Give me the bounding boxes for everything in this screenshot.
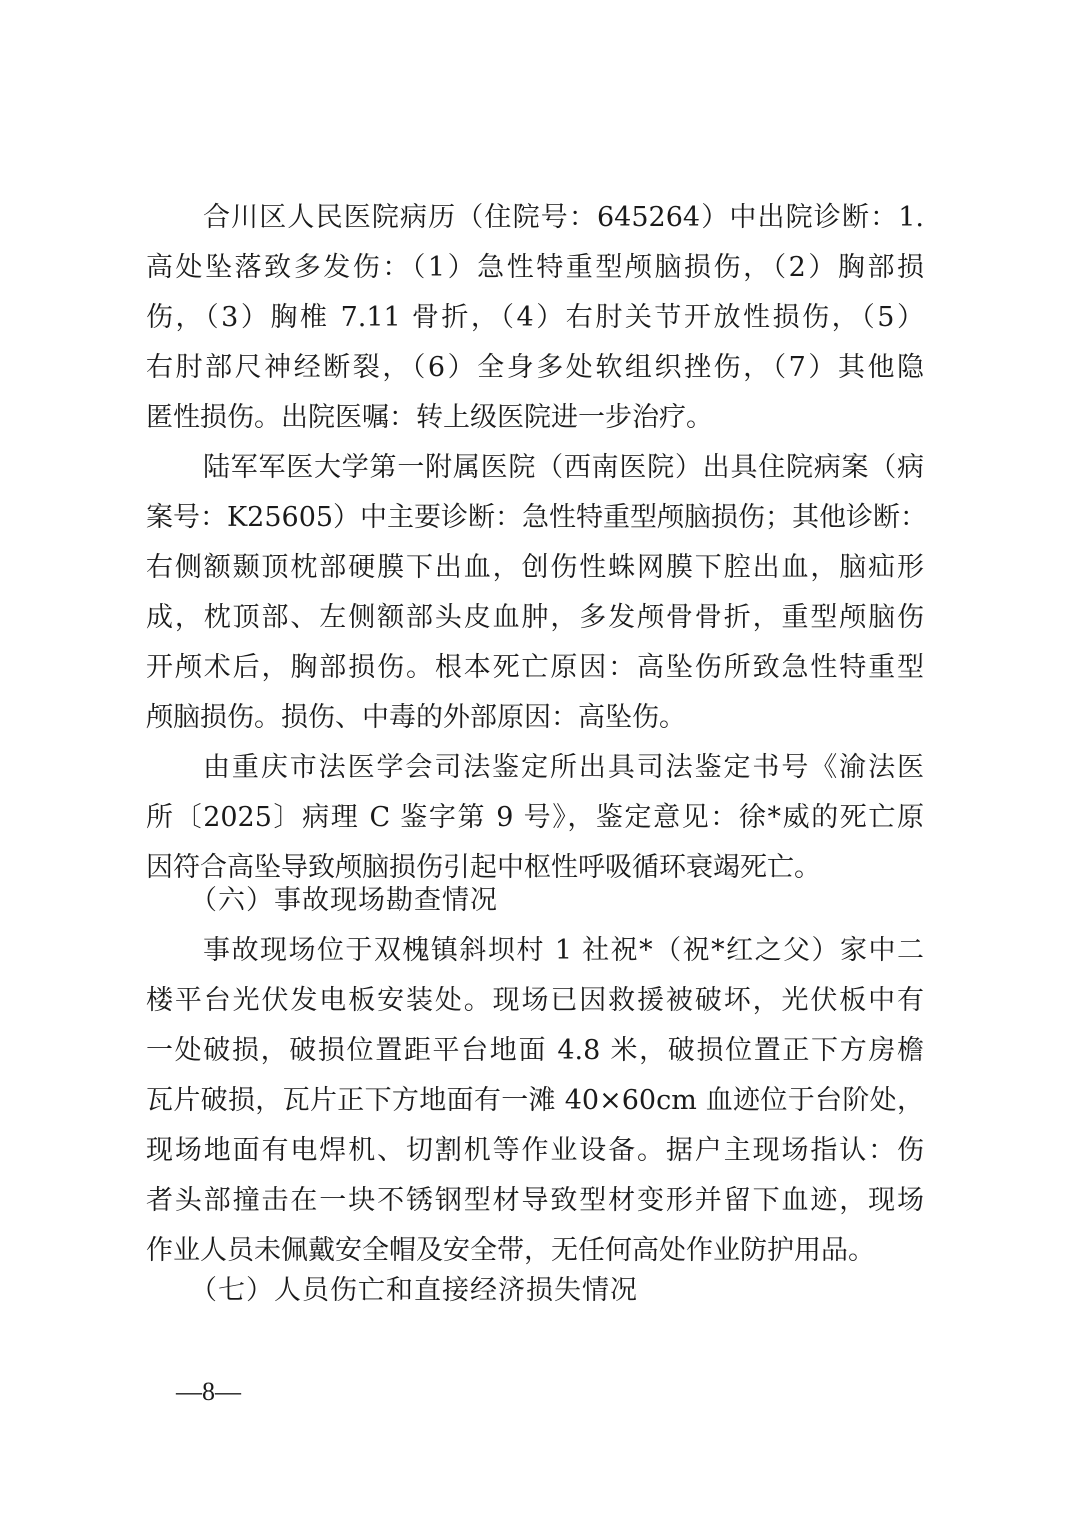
document-page: 合川区人民医院病历（住院号：645264）中出院诊断：1. 高处坠落致多发伤：（… xyxy=(0,0,1074,1520)
text-line: 现场地面有电焊机、切割机等作业设备。据户主现场指认：伤 xyxy=(146,1126,924,1176)
text-line: 事故现场位于双槐镇斜坝村 1 社祝*（祝*红之父）家中二 xyxy=(203,926,924,976)
text-line: 者头部撞击在一块不锈钢型材导致型材变形并留下血迹，现场 xyxy=(146,1176,924,1226)
text-line: 伤，（3）胸椎 7.11 骨折，（4）右肘关节开放性损伤，（5） xyxy=(146,293,924,343)
text-line: 瓦片破损，瓦片正下方地面有一滩 40×60cm 血迹位于台阶处， xyxy=(146,1076,924,1126)
text-line: 高处坠落致多发伤：（1）急性特重型颅脑损伤，（2）胸部损 xyxy=(146,243,924,293)
text-line: 开颅术后，胸部损伤。根本死亡原因：高坠伤所致急性特重型 xyxy=(146,643,924,693)
text-line: 陆军军医大学第一附属医院（西南医院）出具住院病案（病 xyxy=(203,443,924,493)
text-line: 合川区人民医院病历（住院号：645264）中出院诊断：1. xyxy=(203,193,924,243)
section-heading-casualties-losses: （七）人员伤亡和直接经济损失情况 xyxy=(190,1266,638,1316)
text-line: 右侧额颞顶枕部硬膜下出血，创伤性蛛网膜下腔出血，脑疝形 xyxy=(146,543,924,593)
text-line: 右肘部尺神经断裂，（6）全身多处软组织挫伤，（7）其他隐 xyxy=(146,343,924,393)
text-line: 匿性损伤。出院医嘱：转上级医院进一步治疗。 xyxy=(146,393,924,443)
text-line: 一处破损，破损位置距平台地面 4.8 米，破损位置正下方房檐 xyxy=(146,1026,924,1076)
text-line: 楼平台光伏发电板安装处。现场已因救援被破坏，光伏板中有 xyxy=(146,976,924,1026)
section-heading-site-investigation: （六）事故现场勘查情况 xyxy=(190,876,498,926)
text-line: 颅脑损伤。损伤、中毒的外部原因：高坠伤。 xyxy=(146,693,924,743)
page-number: —8— xyxy=(176,1372,241,1412)
text-line: 成，枕顶部、左侧额部头皮血肿，多发颅骨骨折，重型颅脑伤 xyxy=(146,593,924,643)
text-line: 案号：K25605）中主要诊断：急性特重型颅脑损伤；其他诊断： xyxy=(146,493,924,543)
text-line: 所〔2025〕病理 C 鉴字第 9 号》，鉴定意见：徐*威的死亡原 xyxy=(146,793,924,843)
text-line: 由重庆市法医学会司法鉴定所出具司法鉴定书号《渝法医 xyxy=(203,743,924,793)
